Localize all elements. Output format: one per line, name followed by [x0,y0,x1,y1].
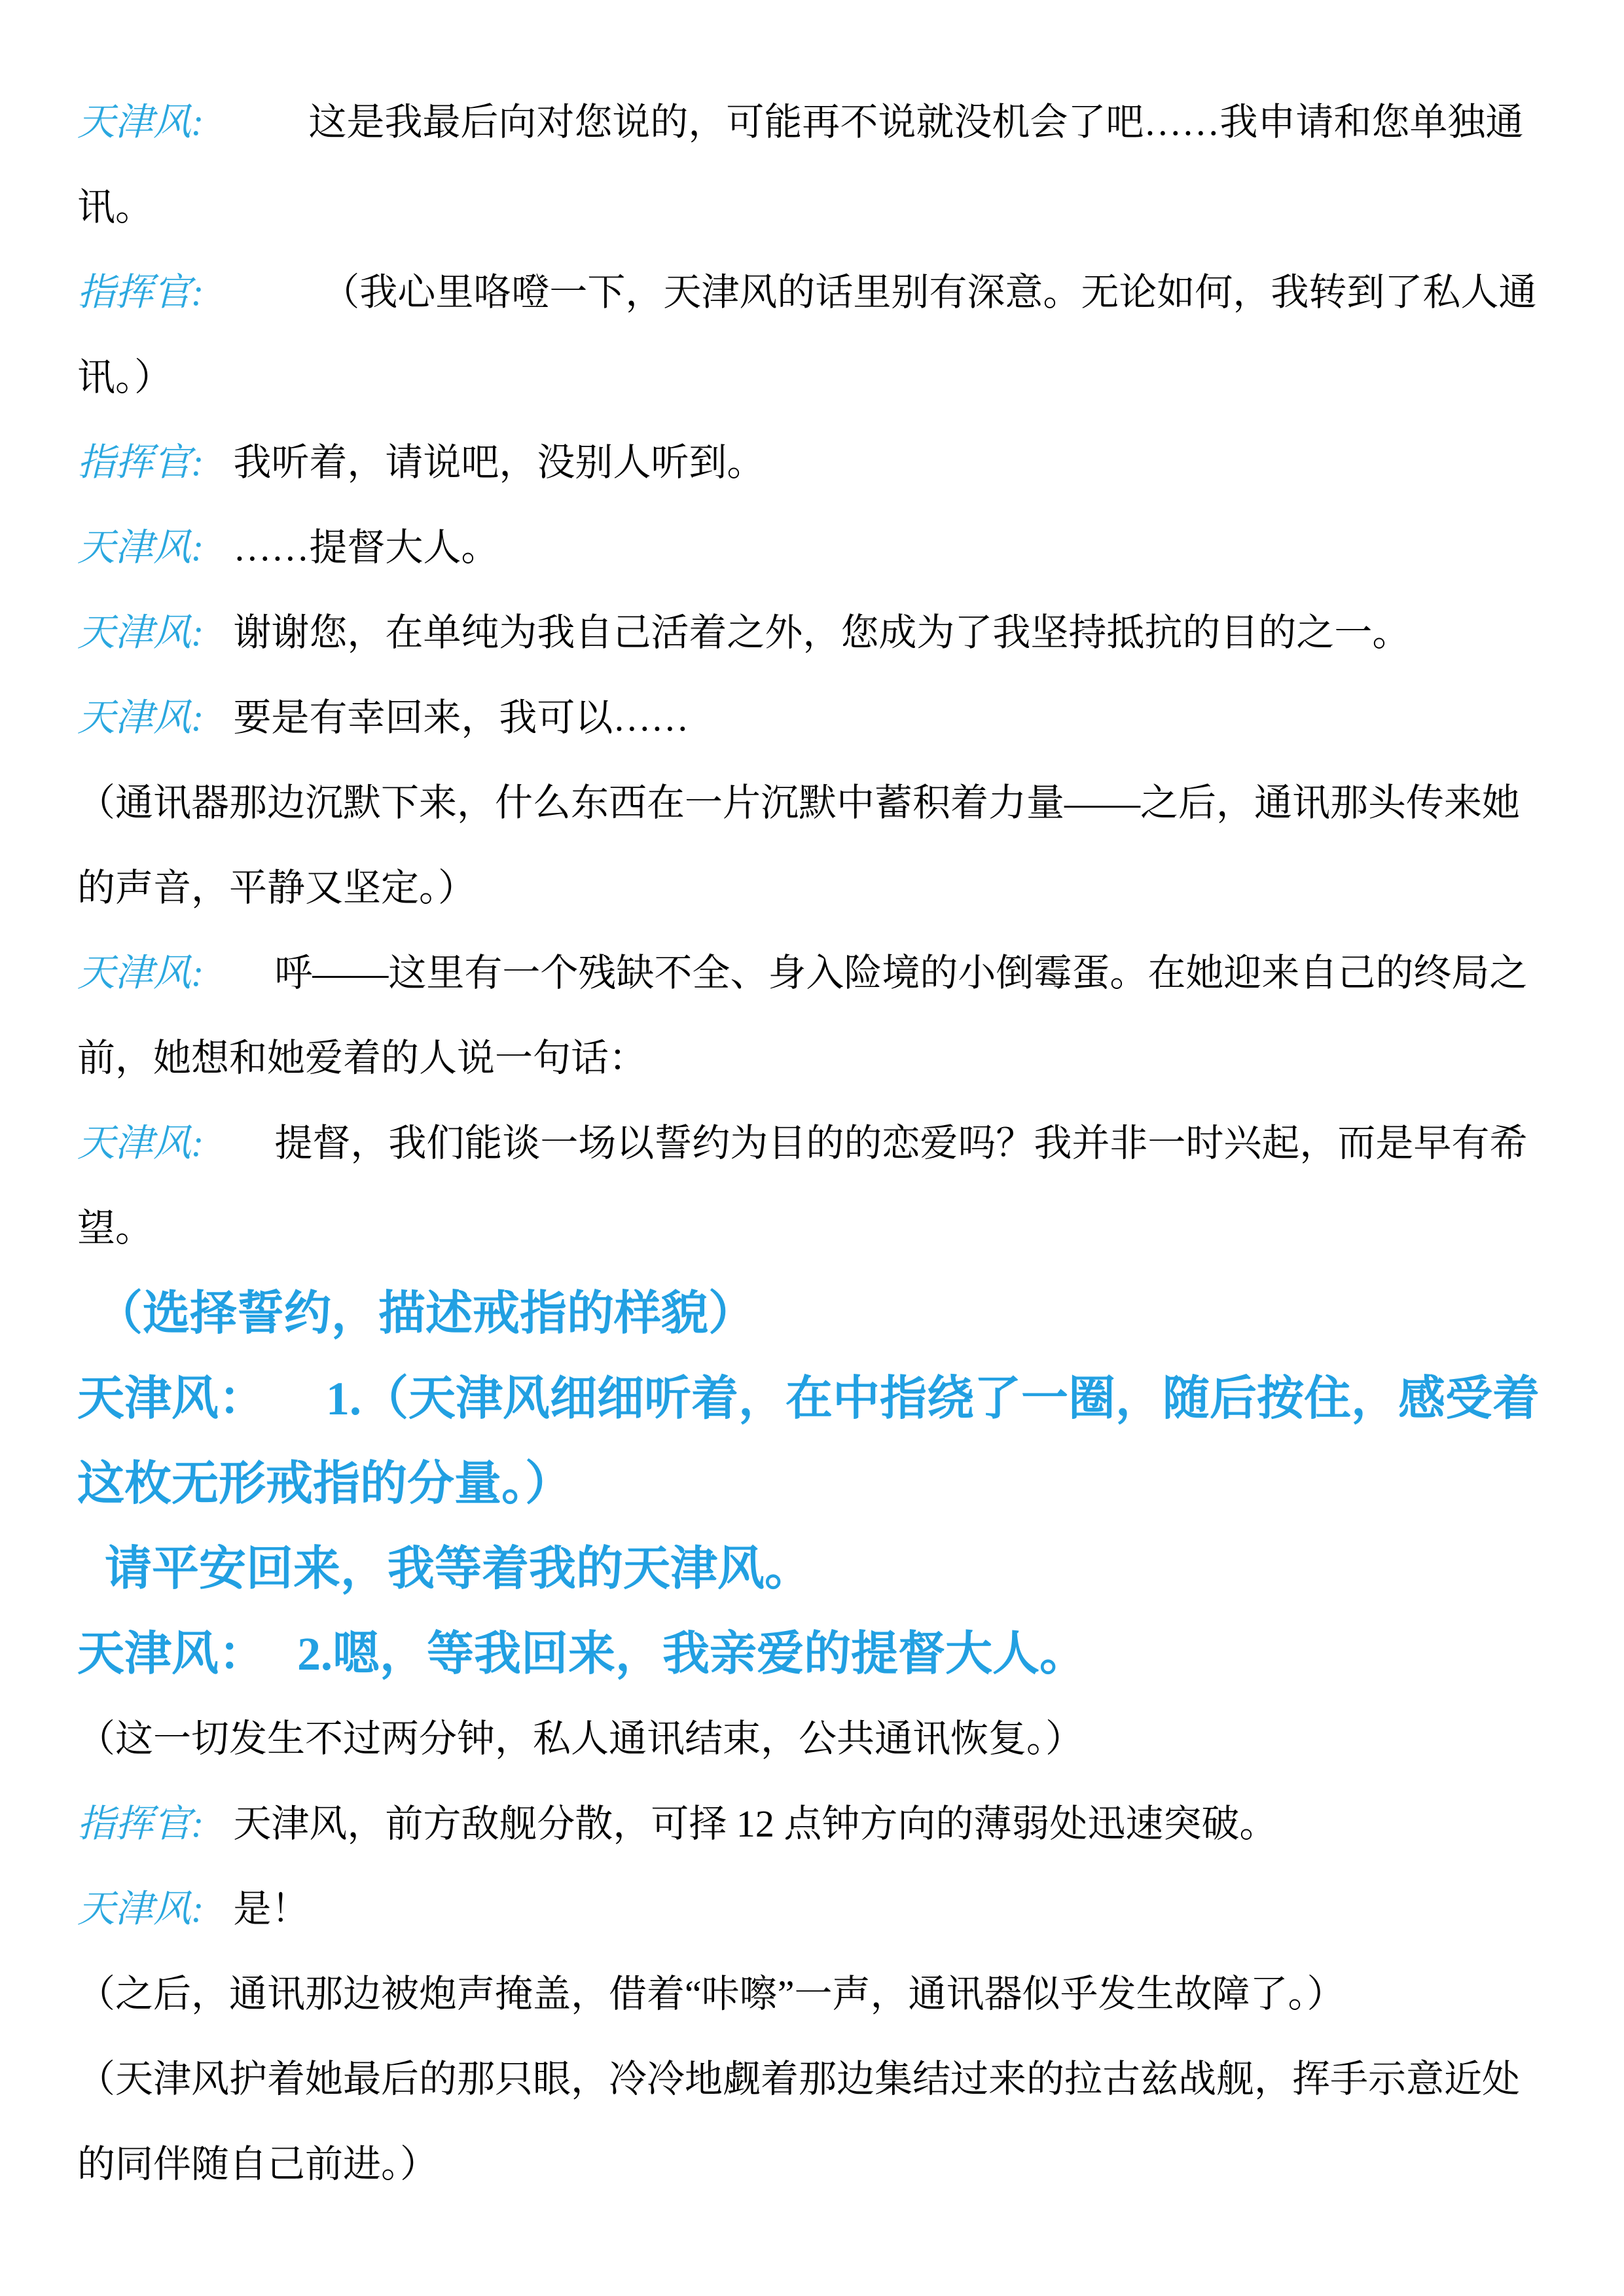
dialogue-text: （我心里咯噔一下，天津风的话里别有深意。无论如何，我转到了私人通讯。） [77,271,1536,399]
dialogue-text: 我听着，请说吧，没别人听到。 [233,441,765,484]
narration-text: （天津风护着她最后的那只眼，冷冷地觑着那边集结过来的拉古兹战舰，挥手示意近处的同… [77,2058,1520,2185]
speaker-label: 天津风： [77,1628,266,1680]
dialogue-text: 请平安回来，我等着我的天津风。 [105,1543,812,1595]
tab-space [204,730,233,730]
paragraph-5: 天津风:谢谢您，在单纯为我自己活着之外，您成为了我坚持抵抗的目的之一。 [77,590,1547,675]
tab-space [266,1414,326,1414]
speaker-label: 天津风: [77,696,204,739]
tab-space [204,134,308,135]
document-body: 天津风:这是我最后向对您说的，可能再不说就没机会了吧……我申请和您单独通讯。指挥… [77,80,1547,2207]
paragraph-11: 天津风：1.（天津风细细听着，在中指绕了一圈，随后按住，感受着这枚无形戒指的分量… [77,1356,1547,1526]
tab-space [204,1836,233,1837]
dialogue-text: （选择誓约，描述戒指的样貌） [96,1287,755,1340]
paragraph-7: （通讯器那边沉默下来，什么东西在一片沉默中蓄积着力量——之后，通讯那头传来她的声… [77,761,1547,931]
speaker-label: 指挥官: [77,441,204,484]
speaker-label: 天津风： [77,1372,266,1425]
paragraph-17: （之后，通讯那边被炮声掩盖，借着“咔嚓”一声，通讯器似乎发生故障了。） [77,1952,1547,2037]
tab-space [204,985,274,986]
speaker-label: 天津风: [77,611,204,654]
paragraph-12: 请平安回来，我等着我的天津风。 [77,1526,1547,1611]
speaker-label: 指挥官: [77,1803,204,1845]
speaker-label: 天津风: [77,1122,204,1164]
paragraph-3: 指挥官:我听着，请说吧，没别人听到。 [77,420,1547,505]
speaker-label: 指挥官: [77,271,204,314]
dialogue-text: 2.嗯，等我回来，我亲爱的提督大人。 [297,1628,1087,1680]
narration-text: （之后，通讯那边被炮声掩盖，借着“咔嚓”一声，通讯器似乎发生故障了。） [77,1973,1345,2015]
paragraph-15: 指挥官:天津风，前方敌舰分散，可择 12 点钟方向的薄弱处迅速突破。 [77,1782,1547,1867]
dialogue-text: 是！ [233,1888,309,1930]
dialogue-text: 提督，我们能谈一场以誓约为目的的恋爱吗？我并非一时兴起，而是早有希望。 [77,1122,1527,1249]
tab-space [204,1155,274,1156]
dialogue-text: 1.（天津风细细听着，在中指绕了一圈，随后按住，感受着这枚无形戒指的分量。） [77,1372,1540,1510]
dialogue-text: 这是我最后向对您说的，可能再不说就没机会了吧……我申请和您单独通讯。 [77,101,1523,228]
paragraph-14: （这一切发生不过两分钟，私人通讯结束，公共通讯恢复。） [77,1696,1547,1782]
paragraph-13: 天津风：2.嗯，等我回来，我亲爱的提督大人。 [77,1611,1547,1696]
paragraph-16: 天津风:是！ [77,1867,1547,1952]
paragraph-1: 天津风:这是我最后向对您说的，可能再不说就没机会了吧……我申请和您单独通讯。 [77,80,1547,250]
dialogue-text: 要是有幸回来，我可以…… [233,696,689,739]
tab-space [204,560,233,560]
tab-space [204,1921,233,1922]
tab-space [266,1669,297,1670]
speaker-label: 天津风: [77,952,204,994]
paragraph-6: 天津风:要是有幸回来，我可以…… [77,675,1547,761]
speaker-label: 天津风: [77,526,204,569]
dialogue-text: ……提督大人。 [233,526,499,569]
tab-space [204,645,233,645]
paragraph-4: 天津风:……提督大人。 [77,505,1547,590]
paragraph-9: 天津风:提督，我们能谈一场以誓约为目的的恋爱吗？我并非一时兴起，而是早有希望。 [77,1101,1547,1271]
dialogue-text: 呼——这里有一个残缺不全、身入险境的小倒霉蛋。在她迎来自己的终局之前，她想和她爱… [77,952,1527,1079]
narration-text: （这一切发生不过两分钟，私人通讯结束，公共通讯恢复。） [77,1717,1083,1760]
paragraph-10: （选择誓约，描述戒指的样貌） [77,1271,1547,1356]
paragraph-2: 指挥官:（我心里咯噔一下，天津风的话里别有深意。无论如何，我转到了私人通讯。） [77,250,1547,420]
tab-space [204,475,233,475]
document-page: 天津风:这是我最后向对您说的，可能再不说就没机会了吧……我申请和您单独通讯。指挥… [0,0,1624,2296]
speaker-label: 天津风: [77,1888,204,1930]
speaker-label: 天津风: [77,101,204,143]
dialogue-text: 谢谢您，在单纯为我自己活着之外，您成为了我坚持抵抗的目的之一。 [233,611,1410,654]
tab-space [204,304,321,305]
narration-text: （通讯器那边沉默下来，什么东西在一片沉默中蓄积着力量——之后，通讯那头传来她的声… [77,781,1520,909]
paragraph-8: 天津风:呼——这里有一个残缺不全、身入险境的小倒霉蛋。在她迎来自己的终局之前，她… [77,931,1547,1101]
paragraph-18: （天津风护着她最后的那只眼，冷冷地觑着那边集结过来的拉古兹战舰，挥手示意近处的同… [77,2037,1547,2207]
dialogue-text: 天津风，前方敌舰分散，可择 12 点钟方向的薄弱处迅速突破。 [233,1803,1277,1845]
